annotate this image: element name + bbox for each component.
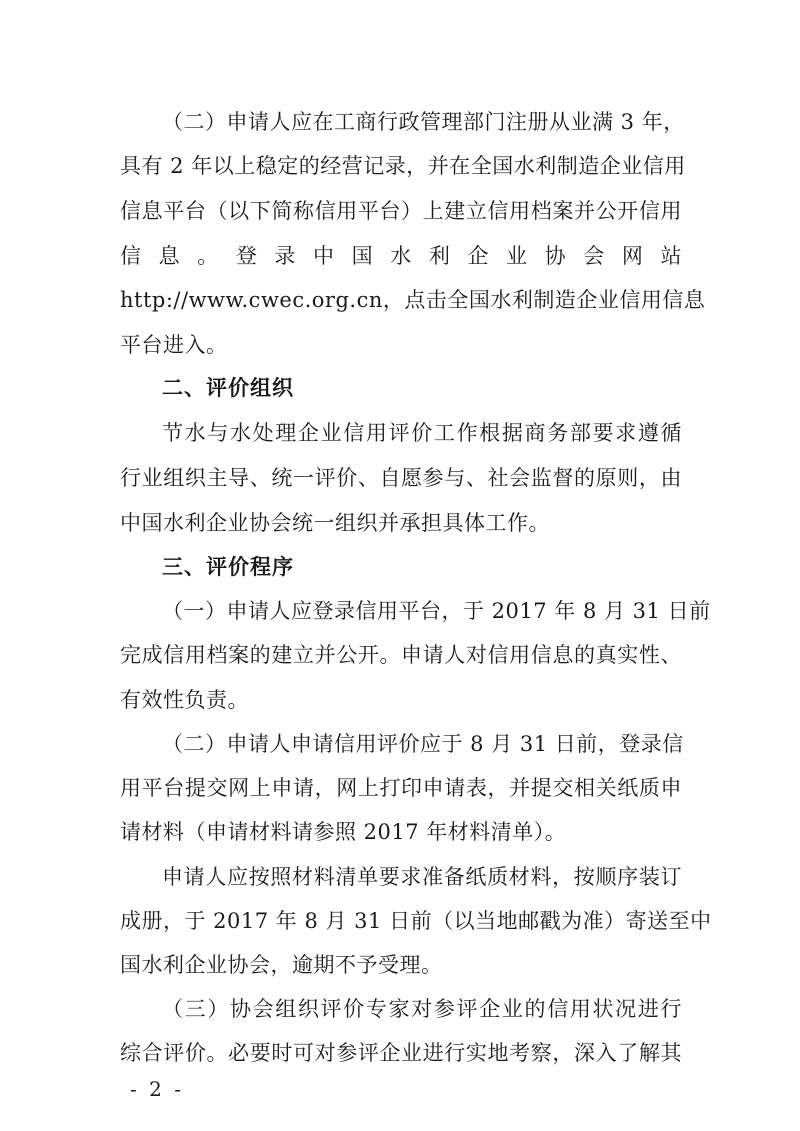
paragraph-line: （二）申请人申请信用评价应于 8 月 31 日前，登录信 (162, 730, 682, 758)
paragraph-line: 用平台提交网上申请，网上打印申请表，并提交相关纸质申 (120, 774, 682, 802)
paragraph-line: 中国水利企业协会统一组织并承担具体工作。 (120, 509, 682, 537)
paragraph-line: 有效性负责。 (120, 686, 682, 714)
paragraph-line: 信息平台（以下简称信用平台）上建立信用档案并公开信用 (120, 197, 682, 225)
section-heading-evaluation-organization: 二、评价组织 (162, 374, 294, 402)
section-heading-evaluation-procedure: 三、评价程序 (162, 553, 294, 581)
paragraph-line: 平台进入。 (120, 331, 682, 359)
paragraph-line: 请材料（申请材料请参照 2017 年材料清单）。 (120, 818, 682, 846)
paragraph-line: 申请人应按照材料清单要求准备纸质材料，按顺序装订 (162, 863, 682, 891)
paragraph-line: 信 息 。 登 录 中 国 水 利 企 业 协 会 网 站 (120, 242, 682, 270)
page-number: - 2 - (130, 1075, 184, 1103)
paragraph-line: （二）申请人应在工商行政管理部门注册从业满 3 年， (162, 108, 682, 136)
paragraph-line: 具有 2 年以上稳定的经营记录，并在全国水利制造企业信用 (120, 152, 682, 180)
paragraph-line: （三）协会组织评价专家对参评企业的信用状况进行 (162, 995, 682, 1023)
paragraph-line: （一）申请人应登录信用平台，于 2017 年 8 月 31 日前 (162, 597, 682, 625)
paragraph-line: 国水利企业协会，逾期不予受理。 (120, 951, 682, 979)
url-line: http://www.cwec.org.cn，点击全国水利制造企业信用信息 (120, 286, 682, 314)
paragraph-line: 行业组织主导、统一评价、自愿参与、社会监督的原则，由 (120, 464, 682, 492)
paragraph-line: 成册，于 2017 年 8 月 31 日前（以当地邮戳为准）寄送至中 (120, 907, 682, 935)
document-page: （二）申请人应在工商行政管理部门注册从业满 3 年， 具有 2 年以上稳定的经营… (0, 0, 800, 1131)
paragraph-line: 完成信用档案的建立并公开。申请人对信用信息的真实性、 (120, 641, 682, 669)
paragraph-line: 节水与水处理企业信用评价工作根据商务部要求遵循 (162, 419, 682, 447)
paragraph-line: 综合评价。必要时可对参评企业进行实地考察，深入了解其 (120, 1039, 682, 1067)
